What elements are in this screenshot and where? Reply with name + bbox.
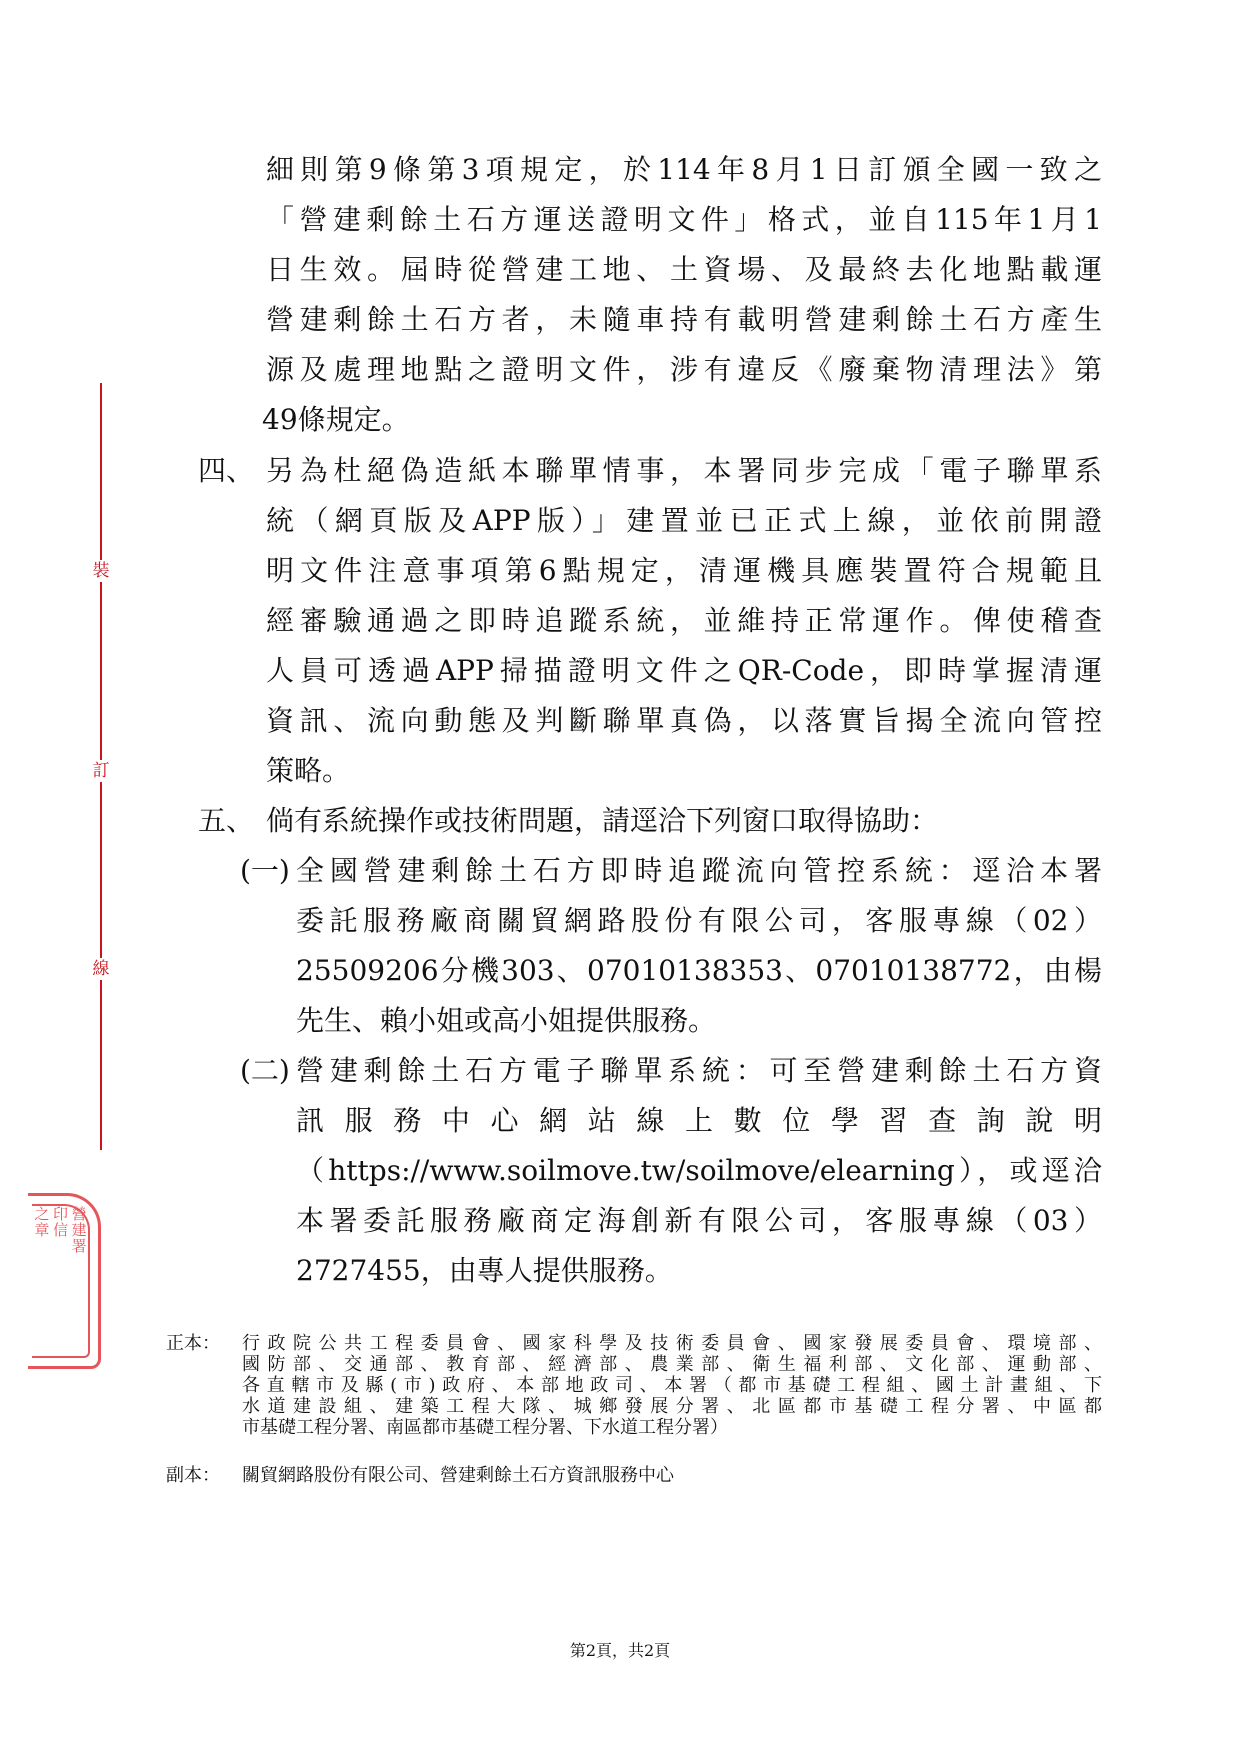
paragraph-line: 本署委託服務廠商定海創新有限公司，客服專線（03）	[296, 1201, 1102, 1241]
page-indicator: 第2頁，共2頁	[0, 1638, 1240, 1661]
stamp-text: 印信	[51, 1206, 69, 1356]
paragraph-line: 資訊、流向動態及判斷聯單真偽，以落實旨揭全流向管控	[266, 701, 1102, 741]
paragraph-line: 營建剩餘土石方電子聯單系統：可至營建剩餘土石方資	[296, 1051, 1102, 1091]
primary-recipients-line: 各直轄市及縣(市)政府、本部地政司、本署（都市基礎工程組、國土計畫組、下	[242, 1376, 1102, 1396]
paragraph-line: 日生效。屆時從營建工地、土資場、及最終去化地點載運	[266, 250, 1102, 290]
paragraph-line: 2727455，由專人提供服務。	[296, 1251, 673, 1291]
section-marker: 五、	[198, 801, 254, 841]
paragraph-line: 經審驗通過之即時追蹤系統，並維持正常運作。俾使稽查	[266, 601, 1102, 641]
paragraph-line: 人員可透過APP掃描證明文件之QR-Code，即時掌握清運	[266, 651, 1102, 691]
paragraph-line: 先生、賴小姐或高小姐提供服務。	[296, 1001, 716, 1041]
paragraph-line: 委託服務廠商關貿網路股份有限公司，客服專線（02）	[296, 901, 1102, 941]
stamp-text: 營建署	[70, 1206, 88, 1356]
paragraph-line: 細則第9條第3項規定，於114年8月1日訂頒全國一致之	[266, 150, 1102, 190]
paragraph-line: 「營建剩餘土石方運送證明文件」格式，並自115年1月1	[266, 200, 1102, 240]
phone-numbers-line: 25509206分機303、07010138353、07010138772，由楊	[296, 951, 1102, 991]
item-marker: (二)	[240, 1051, 290, 1091]
paragraph-line: 49條規定。	[262, 400, 410, 440]
paragraph-line: 另為杜絕偽造紙本聯單情事，本署同步完成「電子聯單系	[266, 451, 1102, 491]
paragraph-line: 明文件注意事項第6點規定，清運機具應裝置符合規範且	[266, 551, 1102, 591]
binding-char-ding: 訂	[88, 760, 114, 782]
item-marker: (一)	[240, 851, 290, 891]
paragraph-line: 全國營建剩餘土石方即時追蹤流向管控系統：逕洽本署	[296, 851, 1102, 891]
paragraph-line: 策略。	[266, 751, 350, 791]
primary-recipients-line: 市基礎工程分署、南區都市基礎工程分署、下水道工程分署）	[242, 1418, 728, 1438]
stamp-text: 之章	[32, 1206, 50, 1356]
paragraph-line: 營建剩餘土石方者，未隨車持有載明營建剩餘土石方產生	[266, 300, 1102, 340]
section-marker: 四、	[198, 451, 254, 491]
official-seal-stamp: 營建署 印信 之章	[28, 1193, 101, 1369]
primary-recipients-line: 水道建設組、建築工程大隊、城鄉發展分署、北區都市基礎工程分署、中區都	[242, 1397, 1102, 1417]
copy-recipients-label: 副本：	[166, 1466, 220, 1486]
primary-recipients-line: 國防部、交通部、教育部、經濟部、農業部、衛生福利部、文化部、運動部、	[242, 1355, 1102, 1375]
copy-recipients: 關貿網路股份有限公司、營建剩餘土石方資訊服務中心	[242, 1466, 674, 1486]
paragraph-line: 統（網頁版及APP版）」建置並已正式上線，並依前開證	[266, 501, 1102, 541]
primary-recipients-line: 行政院公共工程委員會、國家科學及技術委員會、國家發展委員會、環境部、	[242, 1334, 1102, 1354]
paragraph-line: 源及處理地點之證明文件，涉有違反《廢棄物清理法》第	[266, 350, 1102, 390]
primary-recipients-label: 正本：	[166, 1334, 220, 1354]
section-heading: 倘有系統操作或技術問題，請逕洽下列窗口取得協助：	[266, 801, 938, 841]
binding-char-zhuang: 裝	[88, 560, 114, 582]
document-page: 裝 訂 線 營建署 印信 之章 細則第9條第3項規定，於114年8月1日訂頒全國…	[0, 0, 1240, 1754]
paragraph-line: 訊服務中心網站線上數位學習查詢說明	[296, 1101, 1102, 1141]
binding-char-xian: 線	[88, 958, 114, 980]
elearning-url-link[interactable]: （https://www.soilmove.tw/soilmove/elearn…	[296, 1151, 1102, 1191]
